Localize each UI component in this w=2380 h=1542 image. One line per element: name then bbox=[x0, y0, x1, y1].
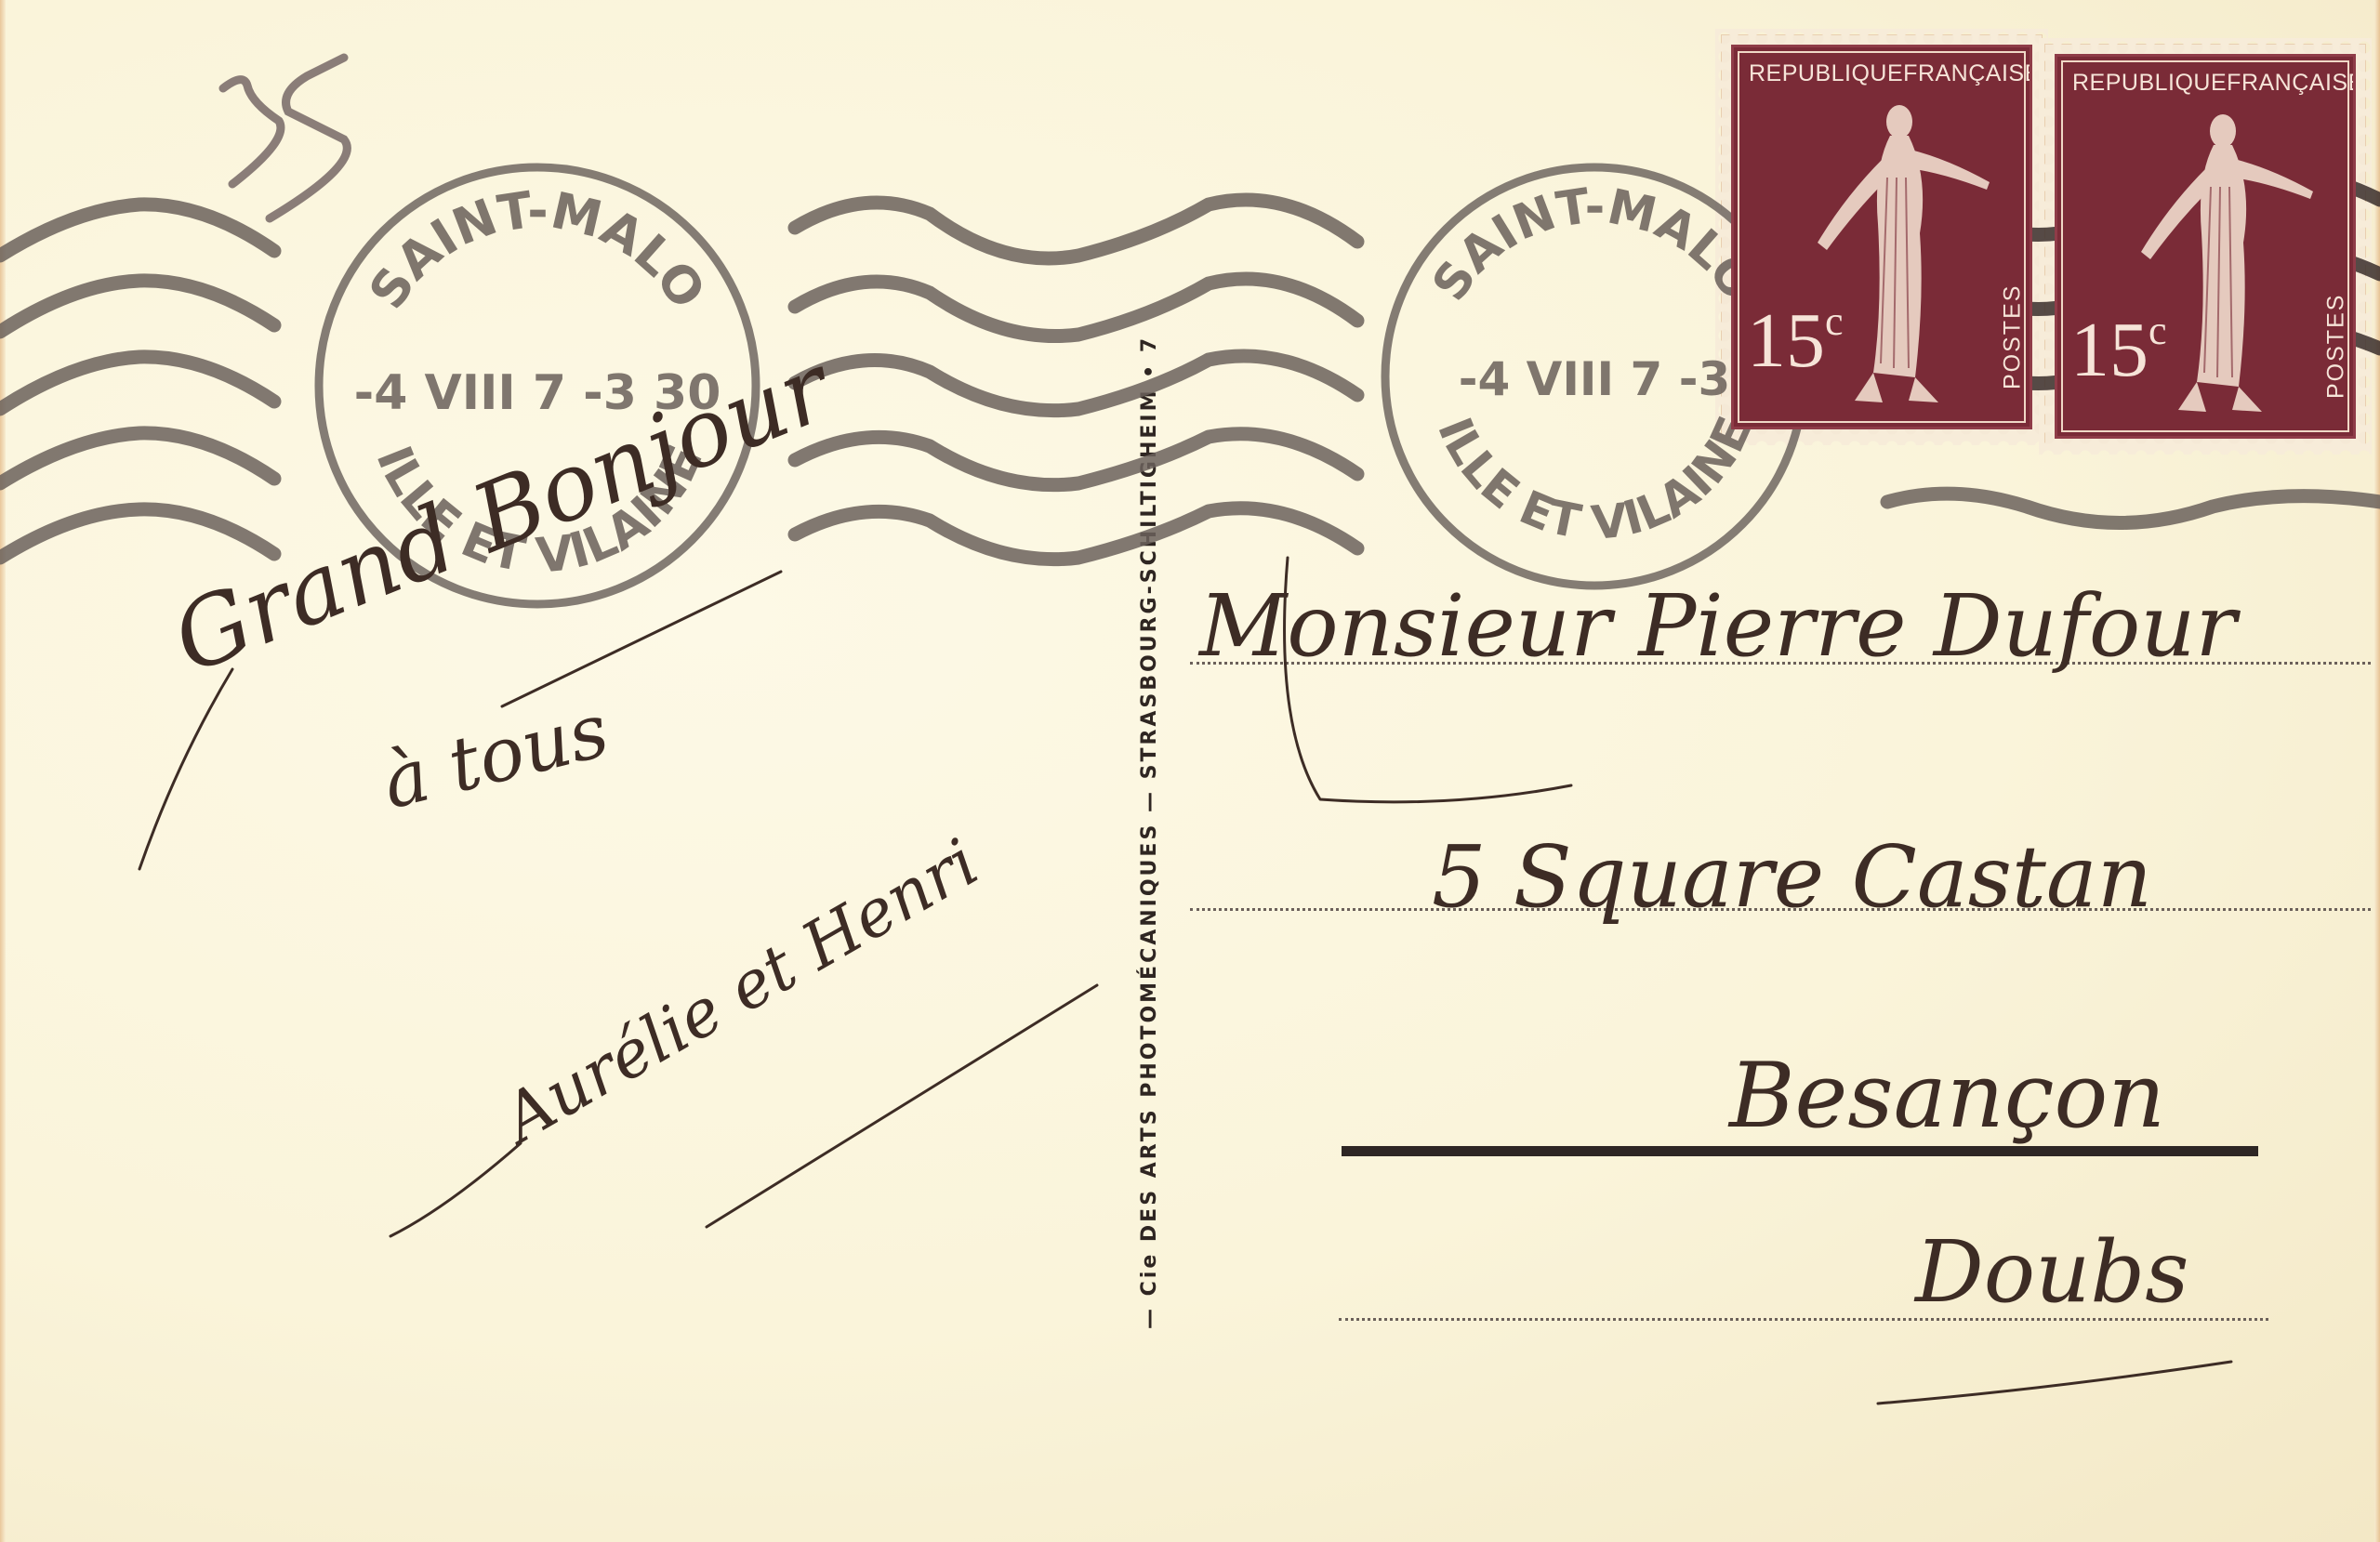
message-line-2: à tous bbox=[374, 687, 616, 826]
stamp-value: 15c bbox=[1747, 301, 1844, 380]
stamp-face: REPUBLIQUEFRANÇAISE 15c POSTES bbox=[2055, 54, 2356, 439]
svg-text:SAINT-MALO: SAINT-MALO bbox=[1422, 178, 1767, 311]
svg-text:-4 VIII 7 -3: -4 VIII 7 -3 bbox=[1459, 352, 1731, 406]
svg-text:SAINT-MALO: SAINT-MALO bbox=[358, 180, 717, 319]
postage-stamp: REPUBLIQUEFRANÇAISE 15c POSTES bbox=[2045, 45, 2365, 448]
address-line-1: Monsieur Pierre Dufour bbox=[1197, 576, 2241, 676]
signature: Aurélie et Henri bbox=[485, 824, 990, 1160]
cancellation-waves bbox=[795, 200, 1357, 560]
stamp-label: POSTES bbox=[2322, 294, 2349, 399]
address-line-3: Besançon bbox=[1727, 1044, 2165, 1148]
stamp-country: REPUBLIQUEFRANÇAISE bbox=[2057, 70, 2353, 97]
cancellation-waves bbox=[0, 204, 274, 558]
stamp-label: POSTES bbox=[1999, 284, 2026, 389]
address-line-2: 5 Square Castan bbox=[1432, 827, 2152, 927]
stamp-value: 15c bbox=[2070, 310, 2167, 389]
postcard-back: REPUBLIQUEFRANÇAISE 15c POSTES REP bbox=[0, 0, 2380, 1542]
pencil-note bbox=[223, 58, 347, 218]
postage-stamp: REPUBLIQUEFRANÇAISE 15c POSTES bbox=[1722, 35, 2042, 439]
stamp-face: REPUBLIQUEFRANÇAISE 15c POSTES bbox=[1731, 45, 2032, 429]
address-line-4: Doubs bbox=[1913, 1222, 2189, 1322]
handwritten-address: Monsieur Pierre Dufour 5 Square Castan B… bbox=[1197, 558, 2241, 1404]
svg-text:ILLE ET VILAINE: ILLE ET VILAINE bbox=[1427, 409, 1762, 550]
stamp-country: REPUBLIQUEFRANÇAISE bbox=[1734, 60, 2030, 87]
